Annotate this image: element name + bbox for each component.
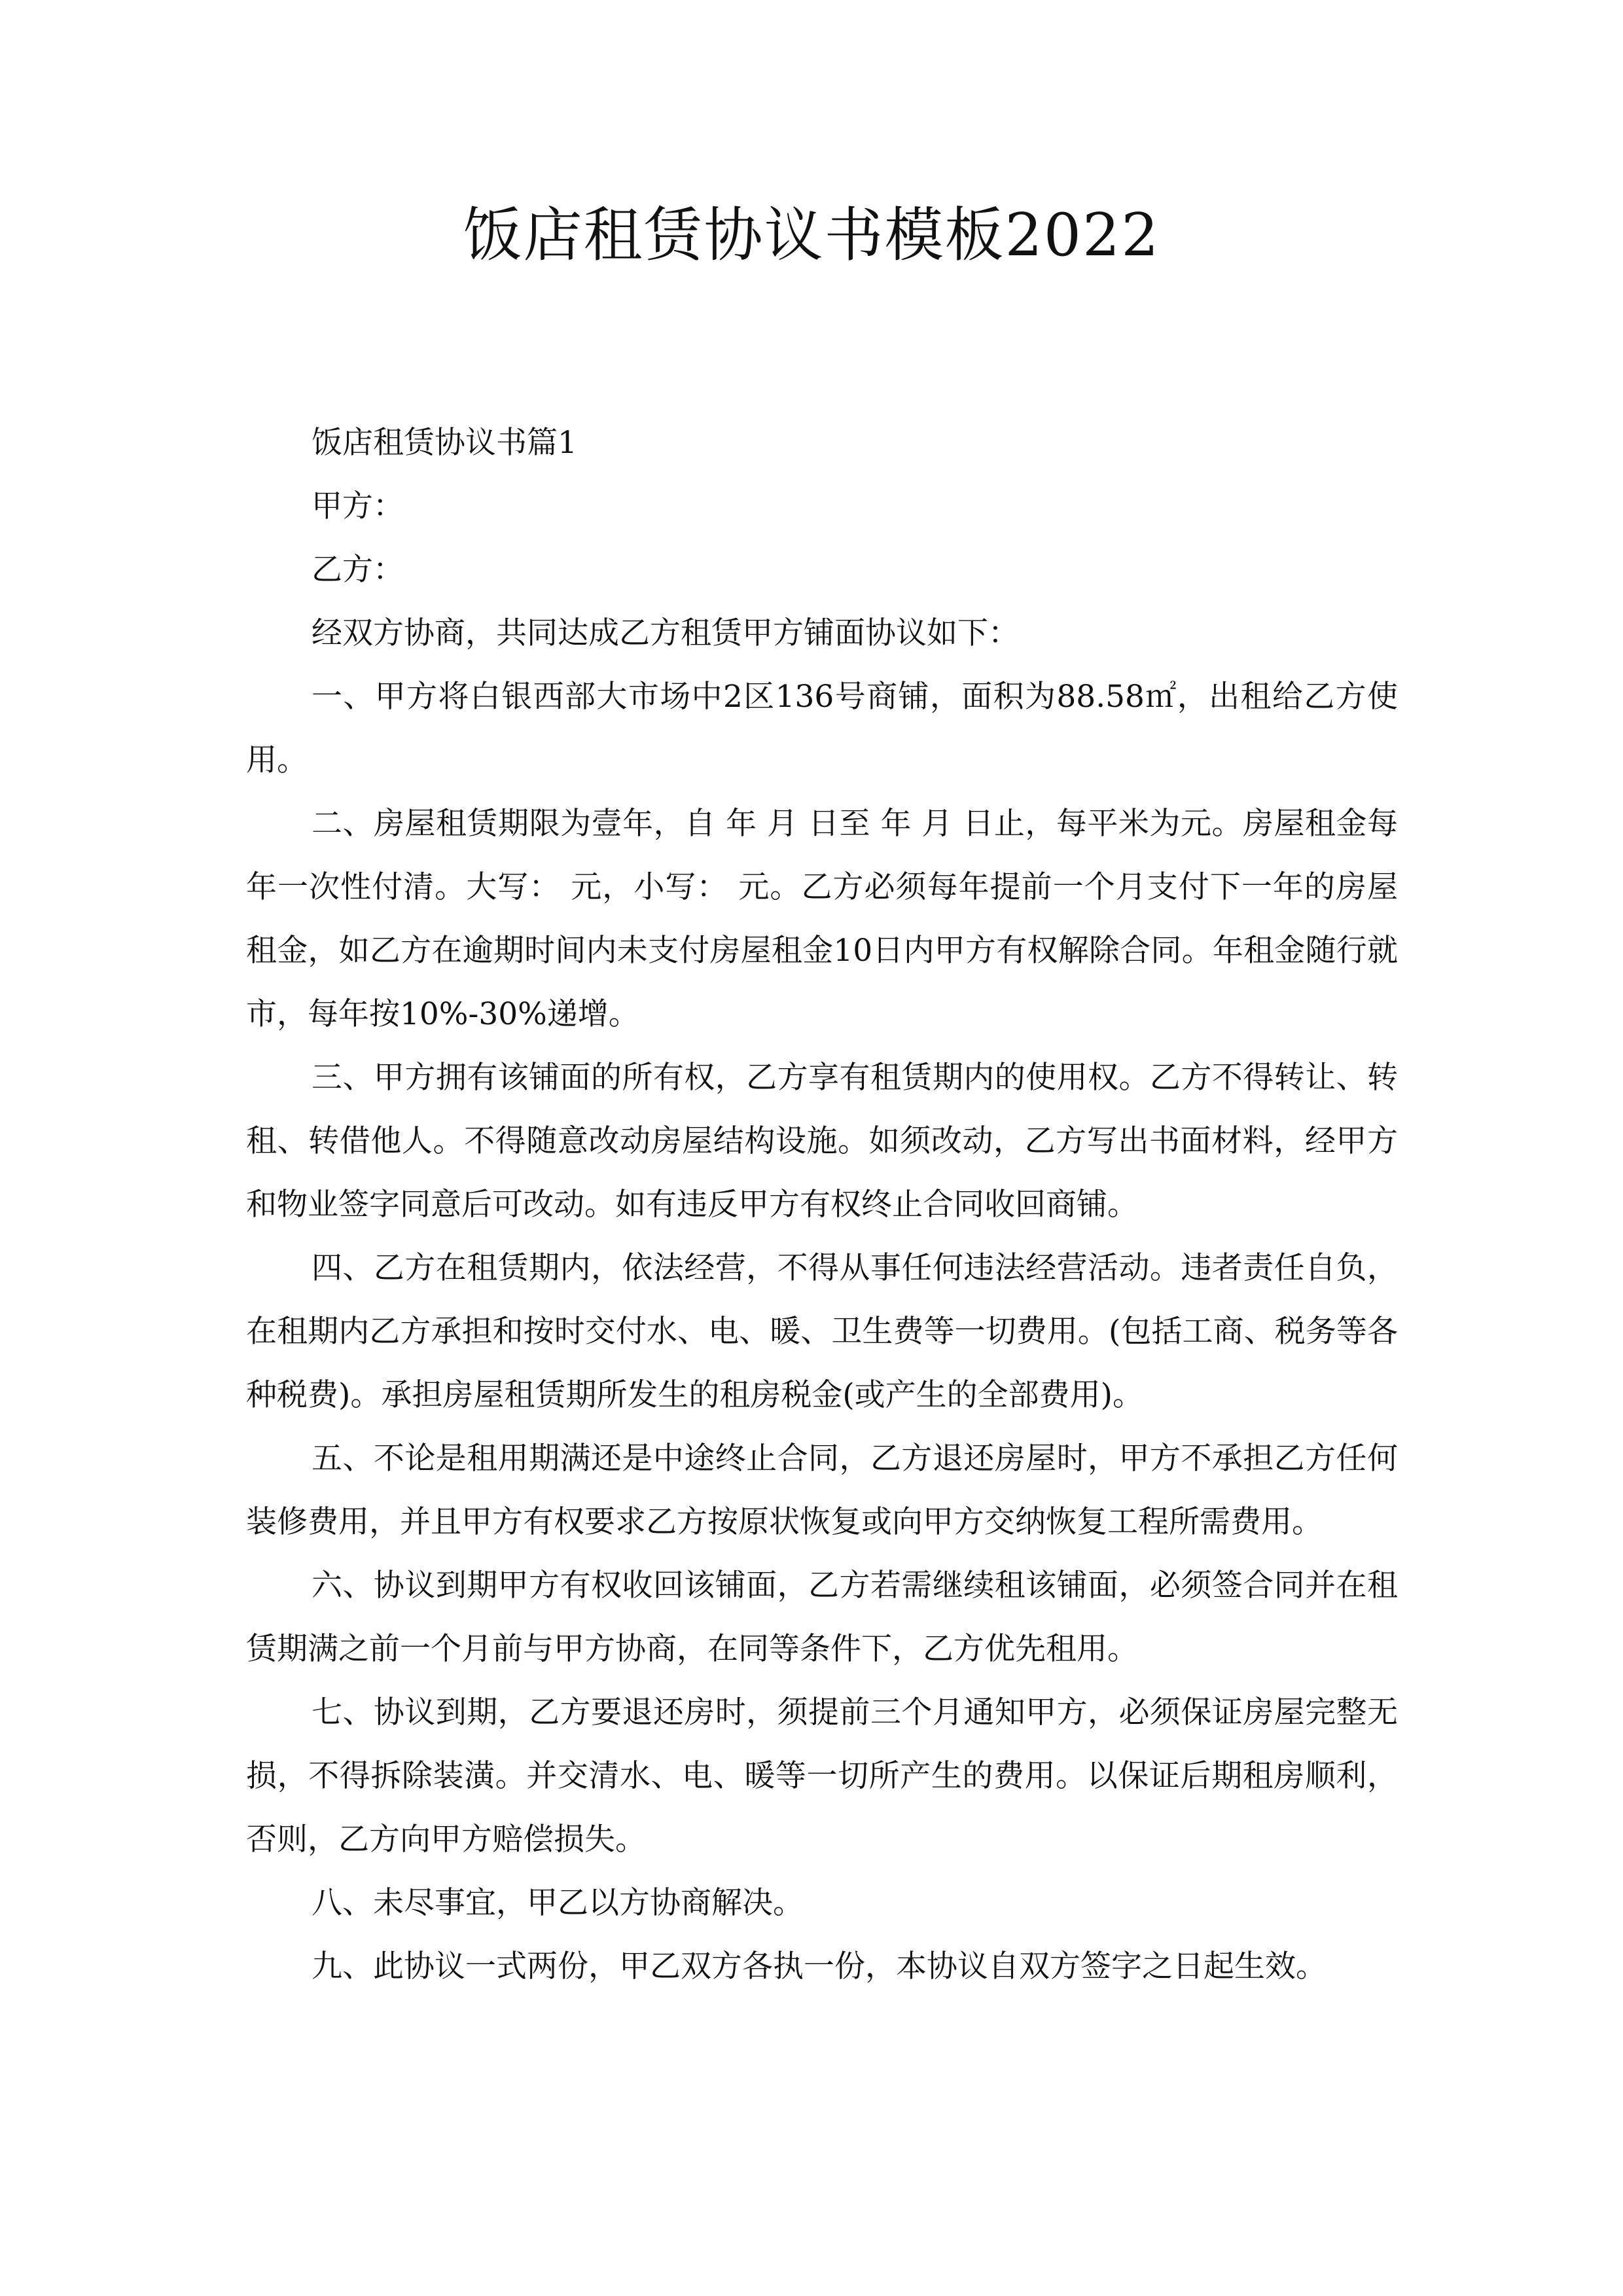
clause-1: 一、甲方将白银西部大市场中2区136号商铺，面积为88.58㎡，出租给乙方使用。 [246, 665, 1398, 792]
document-page: 饭店租赁协议书模板2022 饭店租赁协议书篇1 甲方： 乙方： 经双方协商，共同… [0, 0, 1623, 2296]
clause-6: 六、协议到期甲方有权收回该铺面，乙方若需继续租该铺面，必须签合同并在租赁期满之前… [246, 1554, 1398, 1681]
document-title: 饭店租赁协议书模板2022 [0, 196, 1623, 275]
party-a-label: 甲方： [246, 475, 1398, 538]
clause-5: 五、不论是租用期满还是中途终止合同，乙方退还房屋时，甲方不承担乙方任何装修费用，… [246, 1427, 1398, 1554]
clause-9: 九、此协议一式两份，甲乙双方各执一份，本协议自双方签字之日起生效。 [246, 1935, 1398, 1998]
clause-8: 八、未尽事宜，甲乙以方协商解决。 [246, 1871, 1398, 1935]
intro-paragraph: 经双方协商，共同达成乙方租赁甲方铺面协议如下： [246, 601, 1398, 665]
document-body: 饭店租赁协议书篇1 甲方： 乙方： 经双方协商，共同达成乙方租赁甲方铺面协议如下… [246, 411, 1398, 1998]
clause-2: 二、房屋租赁期限为壹年，自 年 月 日至 年 月 日止，每平米为元。房屋租金每年… [246, 792, 1398, 1046]
clause-3: 三、甲方拥有该铺面的所有权，乙方享有租赁期内的使用权。乙方不得转让、转租、转借他… [246, 1046, 1398, 1236]
section-heading: 饭店租赁协议书篇1 [246, 411, 1398, 475]
party-b-label: 乙方： [246, 538, 1398, 601]
clause-7: 七、协议到期，乙方要退还房时，须提前三个月通知甲方，必须保证房屋完整无损，不得拆… [246, 1681, 1398, 1871]
clause-4: 四、乙方在租赁期内，依法经营，不得从事任何违法经营活动。违者责任自负，在租期内乙… [246, 1236, 1398, 1427]
